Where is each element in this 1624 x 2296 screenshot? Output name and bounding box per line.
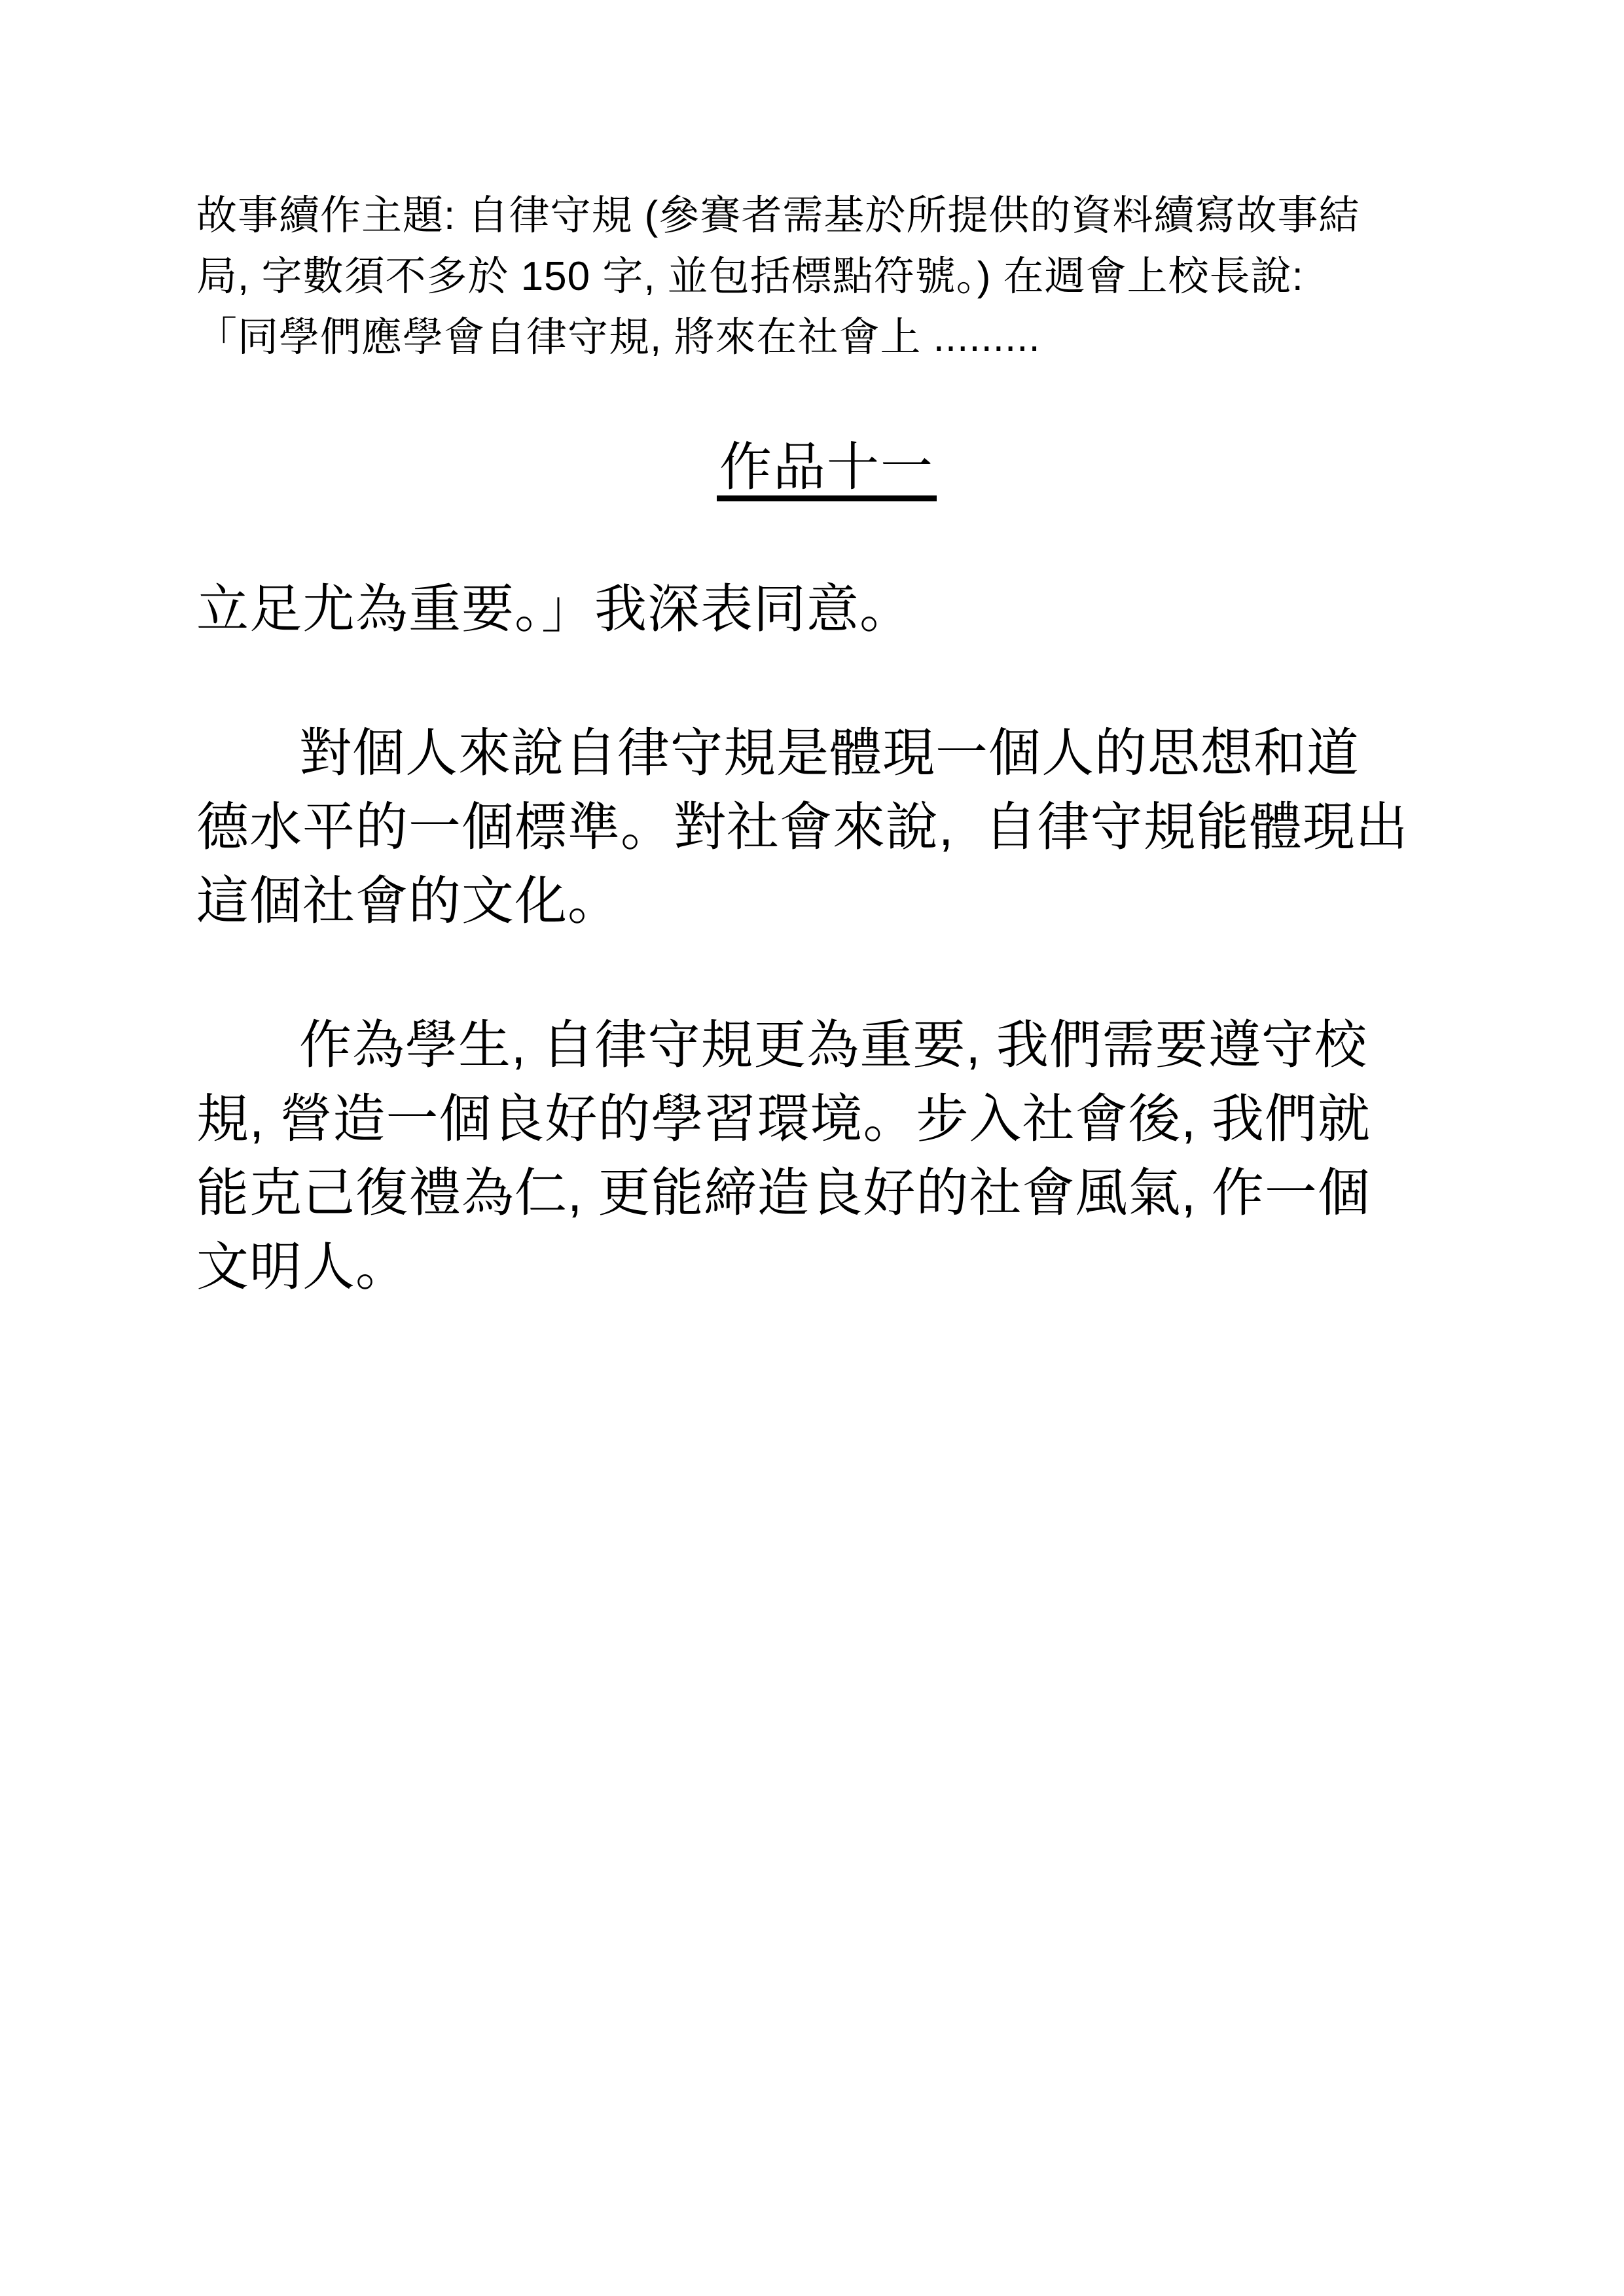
- prompt-line: 「同學們應學會自律守規, 將來在社會上 .........: [196, 307, 1457, 368]
- document-page: 故事續作主題: 自律守規 (參賽者需基於所提供的資料續寫故事結局, 字數須不多於…: [0, 0, 1624, 2296]
- body-line: 對個人來說自律守規是體現一個人的思想和道: [196, 716, 1457, 790]
- body-line: 規, 營造一個良好的學習環境。步入社會後, 我們就: [196, 1082, 1457, 1156]
- body-paragraph: 立足尤為重要。」我深表同意。: [196, 572, 1457, 646]
- body-line: 能克己復禮為仁, 更能締造良好的社會風氣, 作一個: [196, 1156, 1457, 1230]
- section-title: 作品十一: [196, 431, 1457, 504]
- body-paragraph: 對個人來說自律守規是體現一個人的思想和道德水平的一個標準。對社會來說, 自律守規…: [196, 716, 1457, 938]
- story-prompt-note: 故事續作主題: 自律守規 (參賽者需基於所提供的資料續寫故事結局, 字數須不多於…: [196, 185, 1457, 368]
- essay-body: 立足尤為重要。」我深表同意。對個人來說自律守規是體現一個人的思想和道德水平的一個…: [196, 572, 1457, 1304]
- section-title-text: 作品十一: [717, 441, 937, 501]
- prompt-line: 故事續作主題: 自律守規 (參賽者需基於所提供的資料續寫故事結: [196, 185, 1457, 246]
- body-line: 德水平的一個標準。對社會來說, 自律守規能體現出: [196, 790, 1457, 864]
- prompt-line: 局, 字數須不多於 150 字, 並包括標點符號。) 在週會上校長說:: [196, 246, 1457, 307]
- body-line: 作為學生, 自律守規更為重要, 我們需要遵守校: [196, 1008, 1457, 1082]
- body-line: 這個社會的文化。: [196, 864, 1457, 938]
- body-paragraph: 作為學生, 自律守規更為重要, 我們需要遵守校規, 營造一個良好的學習環境。步入…: [196, 1008, 1457, 1304]
- body-line: 立足尤為重要。」我深表同意。: [196, 572, 1457, 646]
- body-line: 文明人。: [196, 1230, 1457, 1304]
